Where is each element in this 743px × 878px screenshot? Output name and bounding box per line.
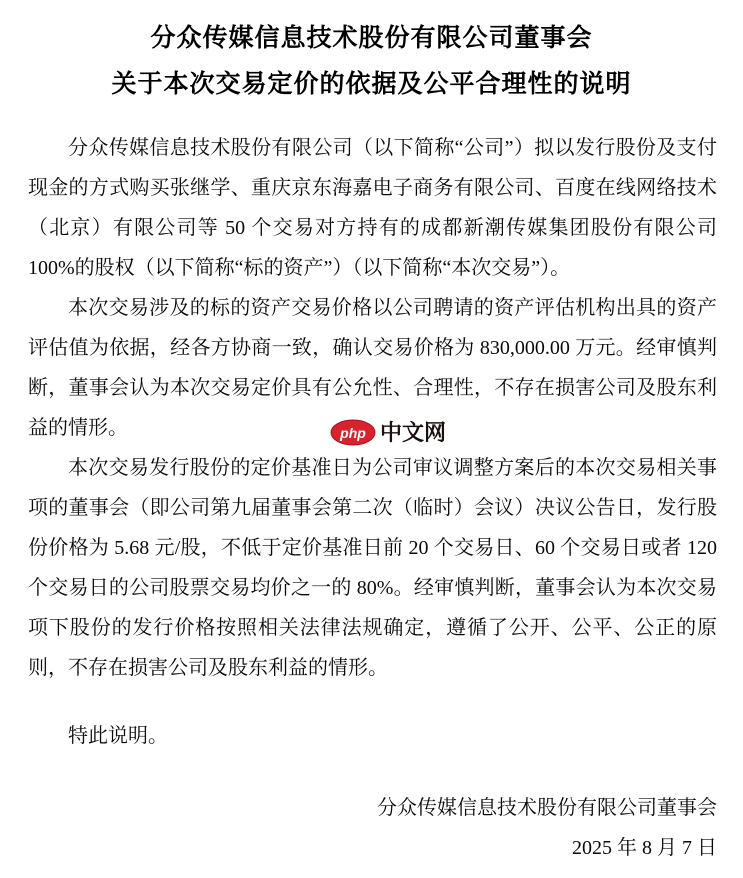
signature-line: 分众传媒信息技术股份有限公司董事会	[28, 788, 717, 828]
closing-statement: 特此说明。	[28, 716, 717, 756]
php-logo-icon: php	[330, 419, 376, 446]
document-title: 分众传媒信息技术股份有限公司董事会	[0, 22, 743, 54]
paragraph-share-issue-price: 本次交易发行股份的定价基准日为公司审议调整方案后的本次交易相关事项的董事会（即公…	[28, 448, 717, 688]
php-logo-text: php	[339, 425, 366, 441]
document-subtitle: 关于本次交易定价的依据及公平合理性的说明	[0, 68, 743, 100]
document-page: 分众传媒信息技术股份有限公司董事会 关于本次交易定价的依据及公平合理性的说明 分…	[0, 0, 743, 878]
document-body: 分众传媒信息技术股份有限公司（以下简称“公司”）拟以发行股份及支付现金的方式购买…	[28, 128, 717, 868]
php-cn-watermark: php 中文网	[330, 418, 446, 446]
paragraph-transaction-overview: 分众传媒信息技术股份有限公司（以下简称“公司”）拟以发行股份及支付现金的方式购买…	[28, 128, 717, 288]
watermark-site-name: 中文网	[380, 419, 446, 446]
date-line: 2025 年 8 月 7 日	[28, 828, 717, 868]
